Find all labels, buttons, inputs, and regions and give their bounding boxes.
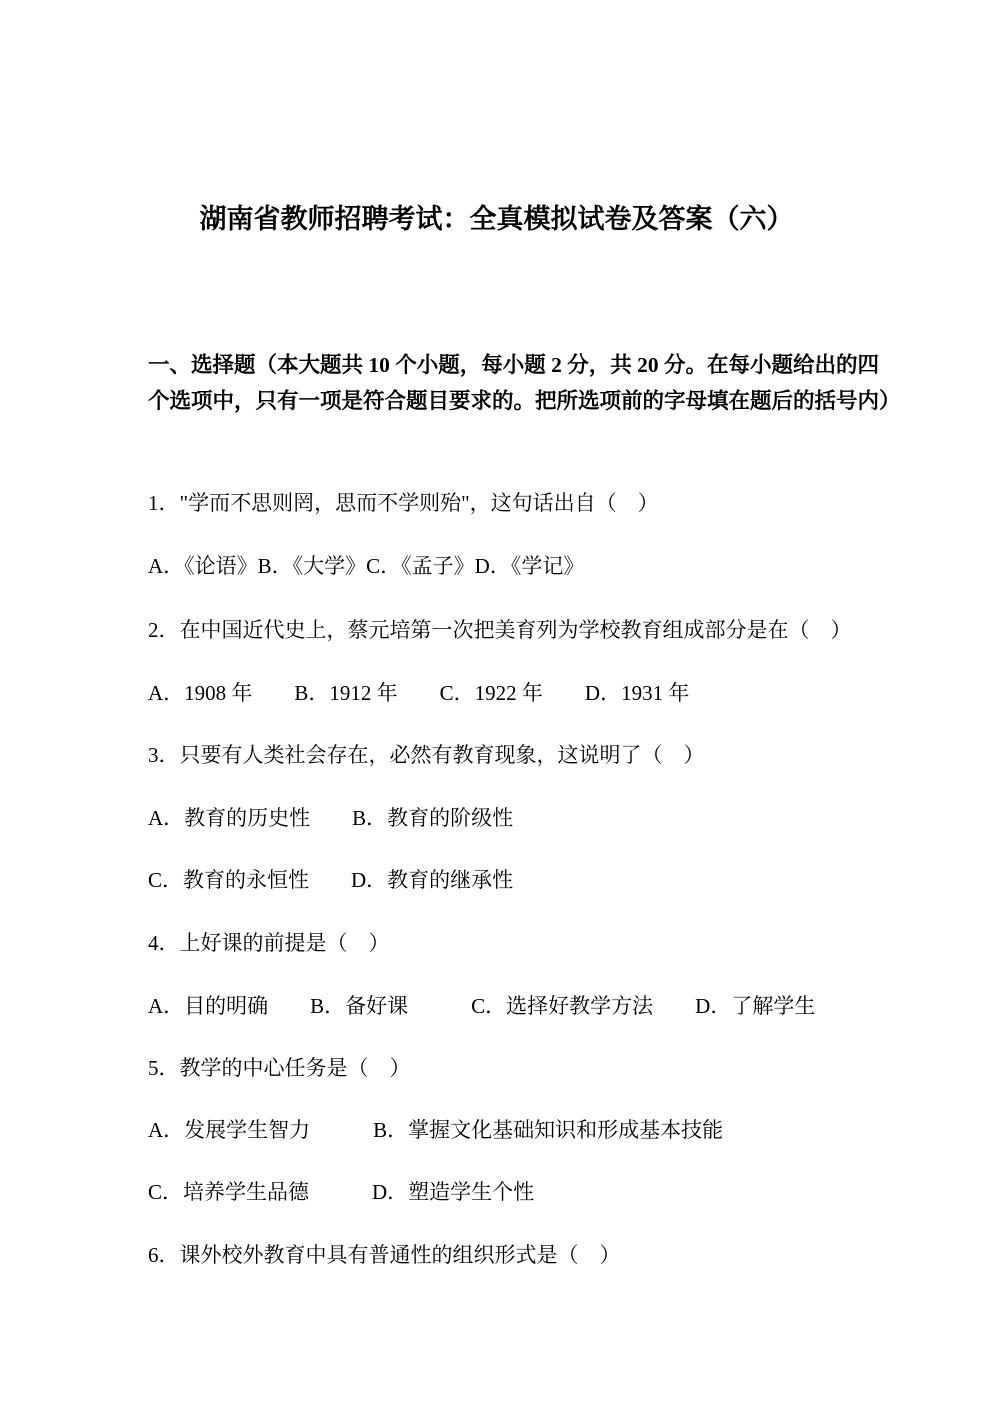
question-2-stem: 2．在中国近代史上，蔡元培第一次把美育列为学校教育组成部分是在（ ）	[148, 617, 852, 644]
question-3-stem: 3．只要有人类社会存在，必然有教育现象，这说明了（ ）	[148, 742, 705, 769]
question-5-options-line-ab: A．发展学生智力 B．掌握文化基础知识和形成基本技能	[148, 1117, 723, 1144]
question-6-stem: 6．课外校外教育中具有普通性的组织形式是（ ）	[148, 1242, 621, 1269]
question-5-stem: 5．教学的中心任务是（ ）	[148, 1055, 411, 1082]
exam-document-page: 湖南省教师招聘考试：全真模拟试卷及答案（六） 一、选择题（本大题共 10 个小题…	[0, 0, 993, 1404]
question-3-options-line-ab: A．教育的历史性 B．教育的阶级性	[148, 805, 513, 832]
question-5-options-line-cd: C．培养学生品德 D．塑造学生个性	[148, 1179, 534, 1206]
section-header-line-2: 个选项中，只有一项是符合题目要求的。把所选项前的字母填在题后的括号内）	[148, 388, 901, 415]
section-header-line-1: 一、选择题（本大题共 10 个小题，每小题 2 分，共 20 分。在每小题给出的…	[148, 352, 879, 379]
question-4-options-line: A．目的明确 B．备好课 C．选择好教学方法 D．了解学生	[148, 993, 815, 1020]
question-3-options-line-cd: C．教育的永恒性 D．教育的继承性	[148, 867, 513, 894]
question-1-options-line: A．《论语》B．《大学》C．《孟子》D．《学记》	[148, 553, 584, 580]
question-2-options-line: A．1908 年 B．1912 年 C．1922 年 D．1931 年	[148, 680, 689, 707]
question-4-stem: 4．上好课的前提是（ ）	[148, 930, 390, 957]
question-1-stem: 1．"学而不思则罔，思而不学则殆"，这句话出自（ ）	[148, 490, 659, 517]
document-title: 湖南省教师招聘考试：全真模拟试卷及答案（六）	[0, 203, 993, 235]
